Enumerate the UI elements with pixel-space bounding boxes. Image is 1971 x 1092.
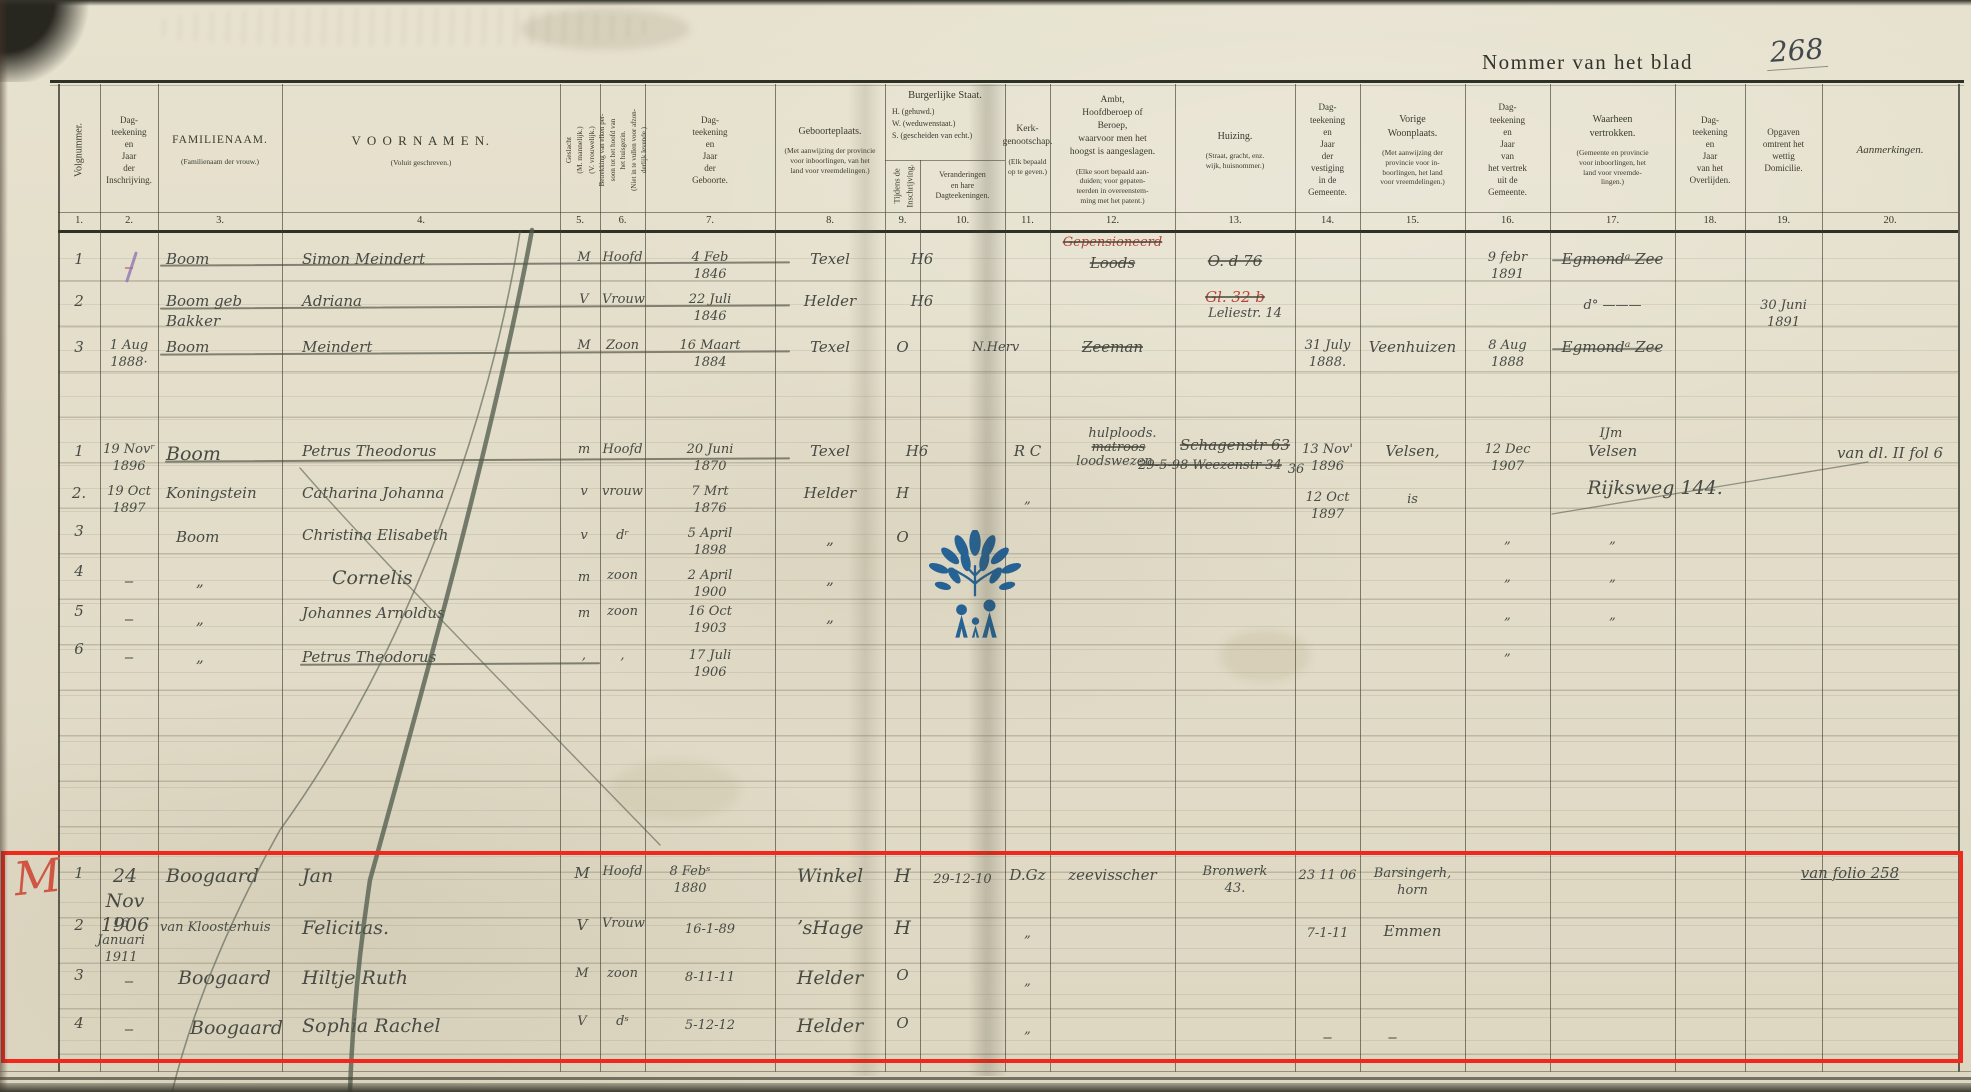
population-register-scan: Nommer van het blad 268 Burgerlijke Staa… xyxy=(0,0,1971,1092)
family-tree-watermark-logo xyxy=(923,530,1027,648)
selection-highlight-frame xyxy=(1,851,1963,1063)
page-corner-shadow xyxy=(0,0,92,82)
family-figures xyxy=(955,600,996,638)
page-edge-line xyxy=(0,1071,1971,1072)
page-edge-line xyxy=(0,1077,1971,1080)
rijksweg-underline-stroke xyxy=(1552,462,1868,514)
page-edge-bottom xyxy=(0,1083,1971,1092)
diagonal-cancel-stroke xyxy=(300,468,660,845)
page-edge-left xyxy=(0,0,8,1092)
margin-letter: M xyxy=(12,852,64,903)
page-edge-top xyxy=(0,0,1971,6)
